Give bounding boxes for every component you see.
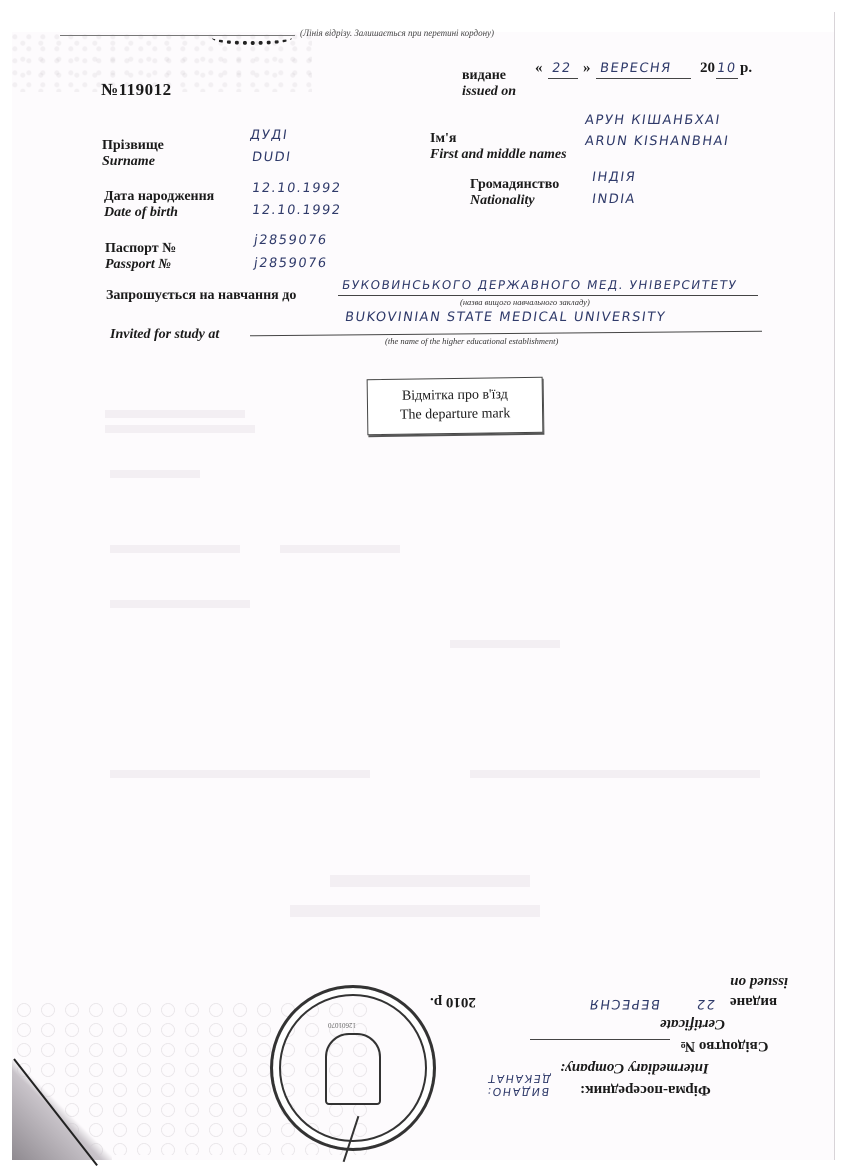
nationality-value-uk: ІНДІЯ	[591, 170, 637, 185]
close-quote: »	[583, 60, 591, 77]
year-underline	[716, 78, 738, 79]
passport-value-uk: j2859076	[253, 233, 329, 248]
bleed-through	[105, 425, 255, 433]
dob-label-uk: Дата народження	[104, 189, 214, 205]
first-names-label: Ім'я First and middle names	[430, 131, 567, 163]
bleed-through	[280, 545, 400, 553]
first-names-value-en: ARUN KISHANBHAI	[584, 134, 730, 149]
certificate-number: №119012	[101, 80, 172, 100]
surname-label: Прізвище Surname	[102, 138, 164, 170]
rotated-stub: issued on видане 22 ВЕРЕСНЯ 2010 р. Cert…	[440, 970, 790, 1150]
stub-company-en: Intermediary Company:	[560, 1059, 709, 1076]
surname-label-en: Surname	[102, 154, 164, 170]
bleed-through	[110, 545, 240, 553]
invited-label-en: Invited for study at	[110, 327, 219, 343]
issued-month: ВЕРЕСНЯ	[599, 61, 673, 76]
stub-issued-en: issued on	[730, 973, 788, 990]
bleed-through	[450, 640, 560, 648]
stub-signature: ВИДАНО: ДЕКАНАТ	[438, 1072, 552, 1098]
invited-label-uk: Запрошується на навчання до	[106, 288, 296, 304]
year-mark: р.	[740, 60, 752, 77]
bleed-through	[110, 600, 250, 608]
issued-label: видане issued on	[462, 68, 516, 100]
invited-value-en: BUKOVINIAN STATE MEDICAL UNIVERSITY	[344, 310, 667, 325]
bleed-through	[470, 770, 760, 778]
nationality-label-en: Nationality	[470, 193, 559, 209]
dob-label: Дата народження Date of birth	[104, 189, 214, 221]
surname-value-en: DUDI	[251, 150, 292, 165]
issued-label-en: issued on	[462, 84, 516, 100]
first-names-value-uk: АРУН КІШАНБХАІ	[584, 113, 722, 128]
stub-year: 2010 р.	[430, 993, 476, 1010]
coat-of-arms-icon	[325, 1033, 381, 1105]
passport-label-uk: Паспорт №	[105, 241, 176, 257]
stub-certificate-underline	[530, 1039, 670, 1040]
stub-certificate-en: Certificate	[660, 1015, 725, 1032]
first-names-label-uk: Ім'я	[430, 131, 567, 147]
issued-day: 22	[551, 61, 573, 76]
open-quote: «	[535, 60, 543, 77]
issued-label-uk: видане	[462, 68, 516, 84]
departure-mark-en: The departure mark	[368, 404, 542, 425]
passport-value-en: j2859076	[253, 256, 329, 271]
year-prefix: 20	[700, 60, 715, 77]
partial-stamp-arc	[212, 31, 292, 45]
invited-value-uk: БУКОВИНСЬКОГО ДЕРЖАВНОГО МЕД. УНІВЕРСИТЕ…	[341, 278, 738, 292]
cut-line-note: (Лінія відрізу. Залишається при перетині…	[300, 28, 494, 38]
invited-hint-en: (the name of the higher educational esta…	[385, 336, 558, 346]
nationality-value-en: INDIA	[591, 192, 637, 207]
dob-value-en: 12.10.1992	[251, 203, 343, 218]
bleed-through	[290, 905, 540, 917]
nationality-label: Громадянство Nationality	[470, 177, 559, 209]
bleed-through	[105, 410, 245, 418]
passport-label: Паспорт № Passport №	[105, 241, 176, 273]
stub-certificate-uk: Свідоцтво №	[680, 1037, 769, 1054]
dob-label-en: Date of birth	[104, 205, 214, 221]
nationality-label-uk: Громадянство	[470, 177, 559, 193]
departure-mark-uk: Відмітка про в'їзд	[368, 385, 542, 406]
stub-month: ВЕРЕСНЯ	[587, 996, 661, 1011]
first-names-label-en: First and middle names	[430, 147, 567, 163]
stub-company-uk: Фірма-посередник:	[580, 1081, 711, 1098]
dob-value-uk: 12.10.1992	[251, 181, 343, 196]
bleed-through	[330, 875, 530, 887]
surname-label-uk: Прізвище	[102, 138, 164, 154]
stub-day: 22	[694, 996, 716, 1011]
bleed-through	[110, 770, 370, 778]
invited-uk-underline	[338, 295, 758, 296]
seal-code: 12601070	[328, 1021, 356, 1029]
departure-mark-box: Відмітка про в'їзд The departure mark	[367, 377, 544, 435]
stub-issued-uk: видане	[730, 993, 777, 1010]
bleed-through	[110, 470, 200, 478]
surname-value-uk: ДУДІ	[249, 128, 289, 143]
passport-label-en: Passport №	[105, 257, 176, 273]
month-underline	[596, 78, 691, 79]
invited-hint-uk: (назва вищого навчального закладу)	[460, 297, 590, 307]
issued-year: 10	[716, 61, 738, 76]
day-underline	[548, 78, 578, 79]
